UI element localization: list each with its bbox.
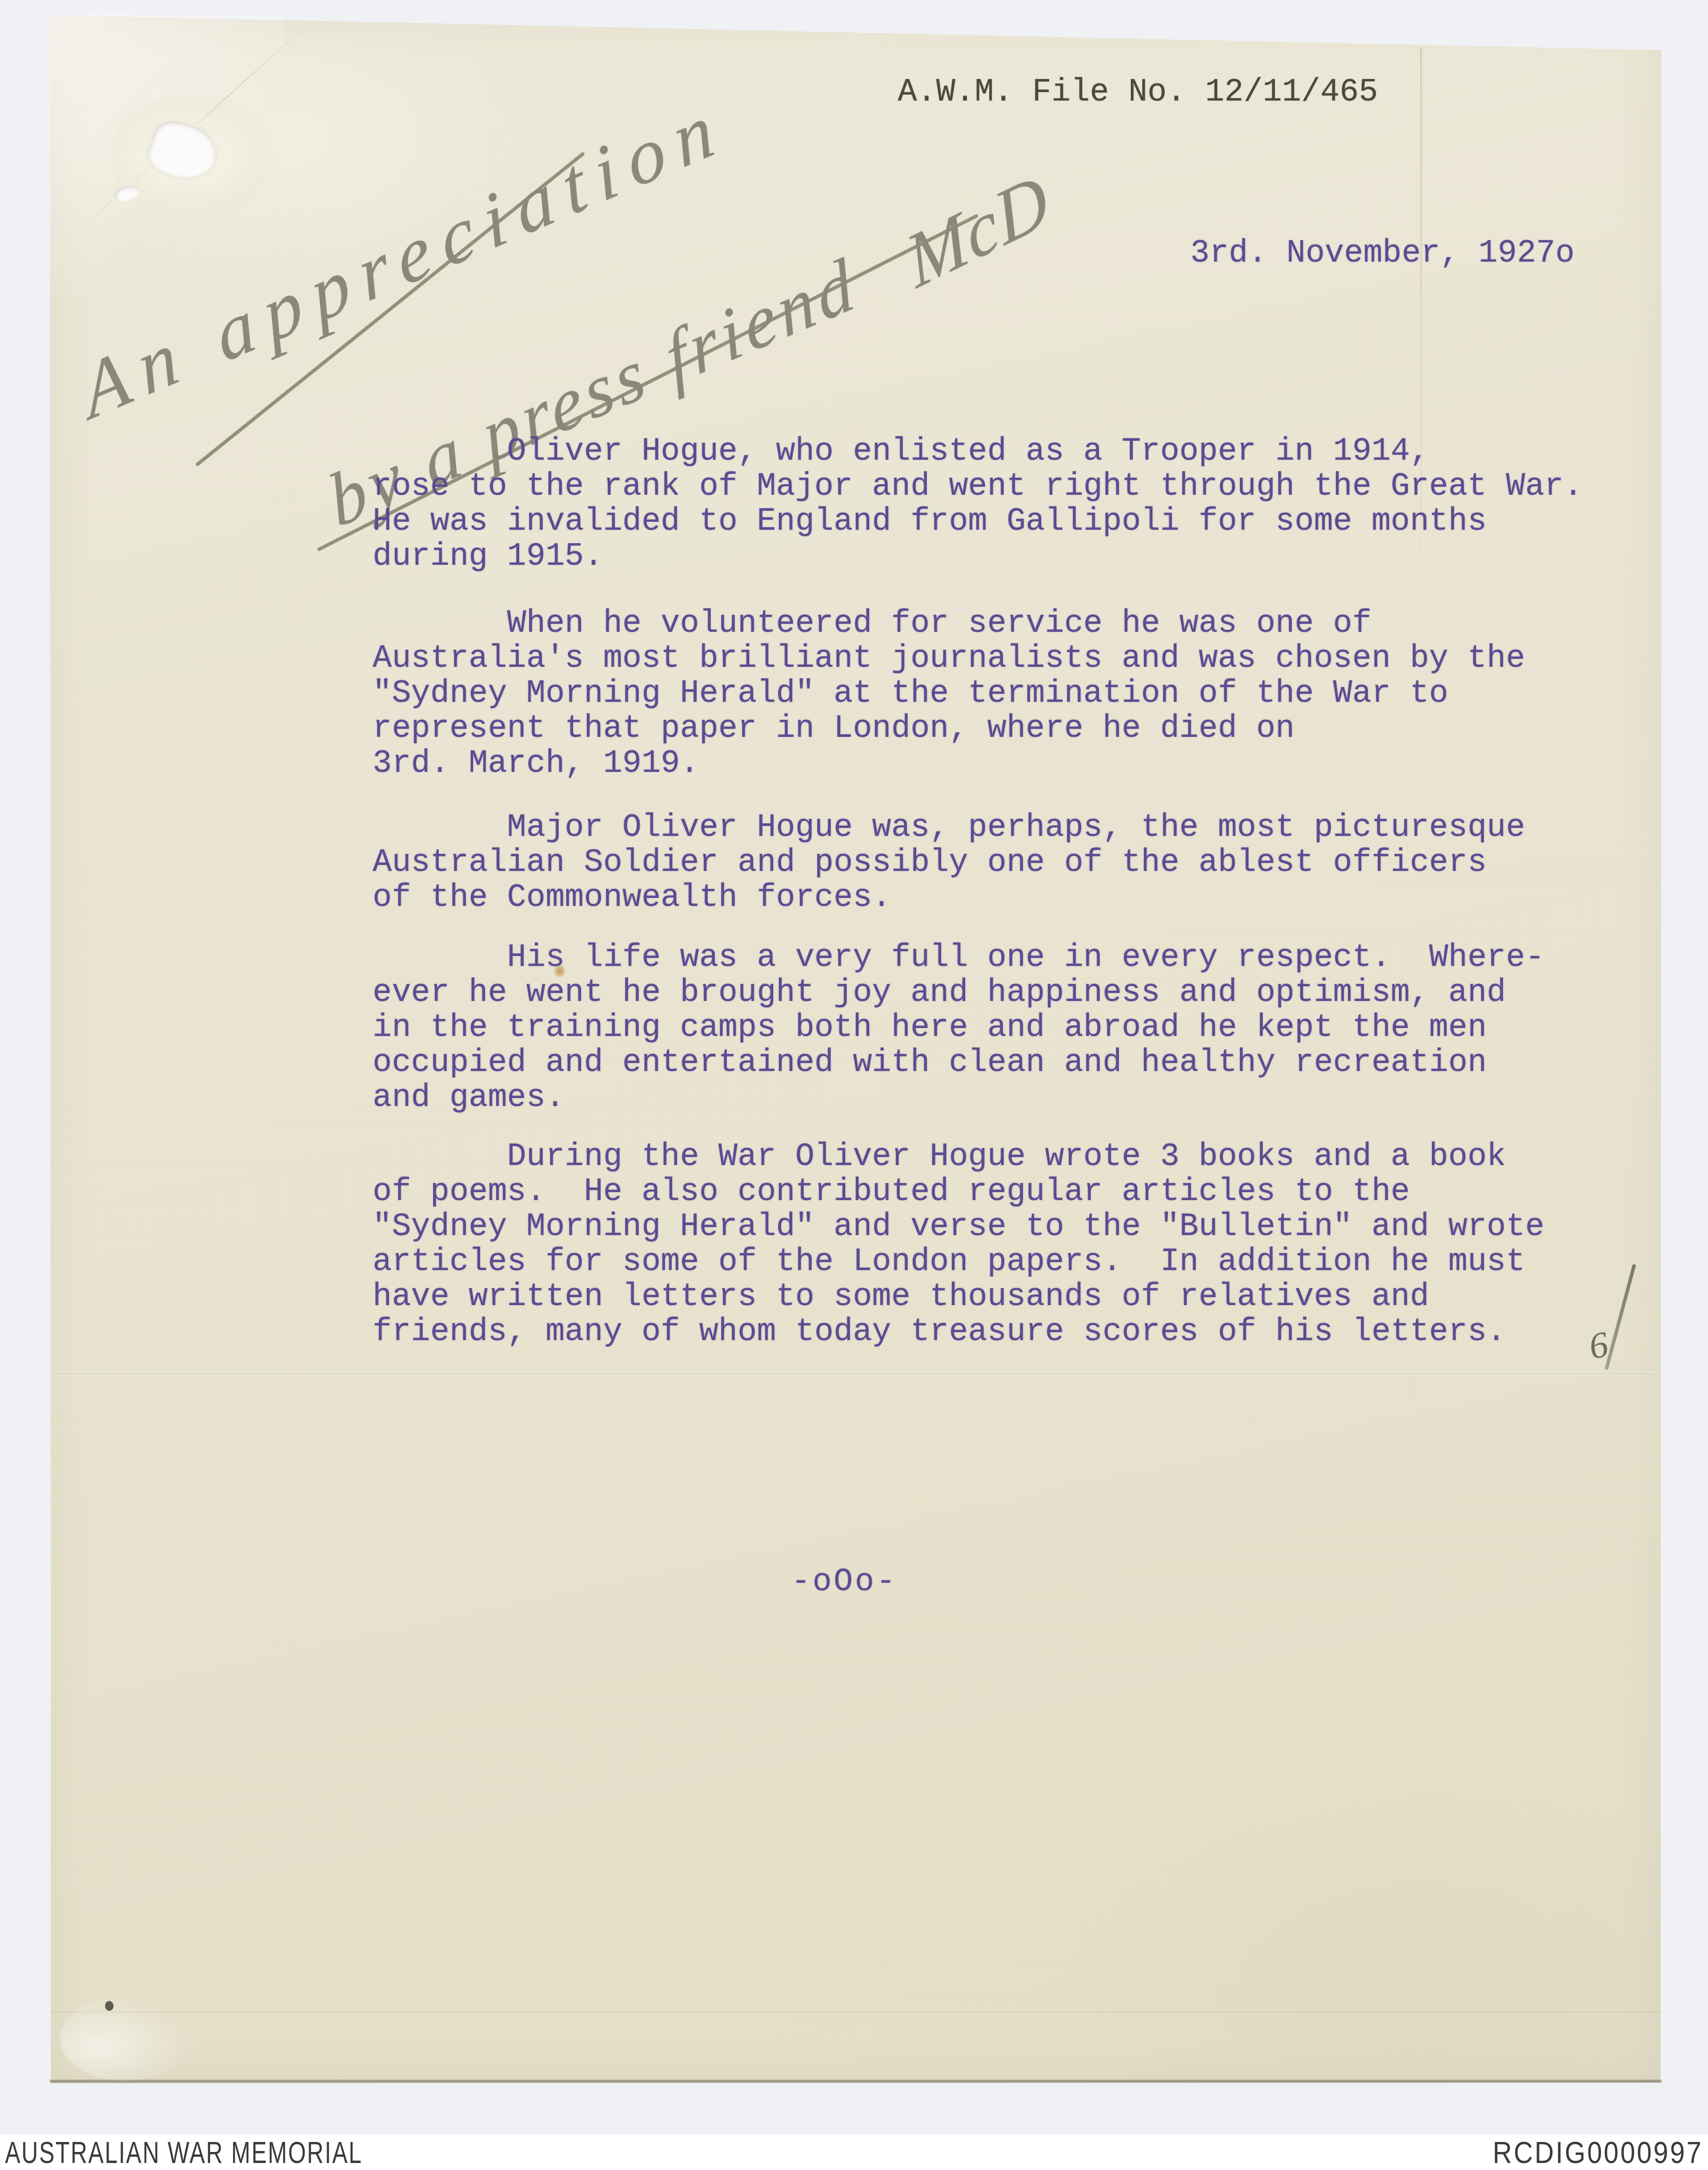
typed-paragraph-5: During the War Oliver Hogue wrote 3 book… xyxy=(373,1140,1544,1350)
typed-paragraph-1: Oliver Hogue, who enlisted as a Trooper … xyxy=(373,434,1583,574)
typed-paragraph-3: Major Oliver Hogue was, perhaps, the mos… xyxy=(373,810,1525,915)
archive-scan-viewer: An appreciation by a press friend McD A.… xyxy=(0,0,1708,2170)
record-id-label: RCDIG0000997 xyxy=(1492,2134,1703,2170)
typed-paragraph-4: His life was a very full one in every re… xyxy=(373,940,1544,1116)
file-number: A.W.M. File No. 12/11/465 xyxy=(898,75,1378,110)
date-line: 3rd. November, 1927o xyxy=(1190,236,1574,271)
typed-paragraph-2: When he volunteered for service he was o… xyxy=(373,606,1525,781)
viewer-footer-bar: AUSTRALIAN WAR MEMORIAL RCDIG0000997 xyxy=(0,2134,1708,2170)
closing-divider: -oOo- xyxy=(791,1565,897,1600)
archive-name-label: AUSTRALIAN WAR MEMORIAL xyxy=(5,2134,363,2170)
